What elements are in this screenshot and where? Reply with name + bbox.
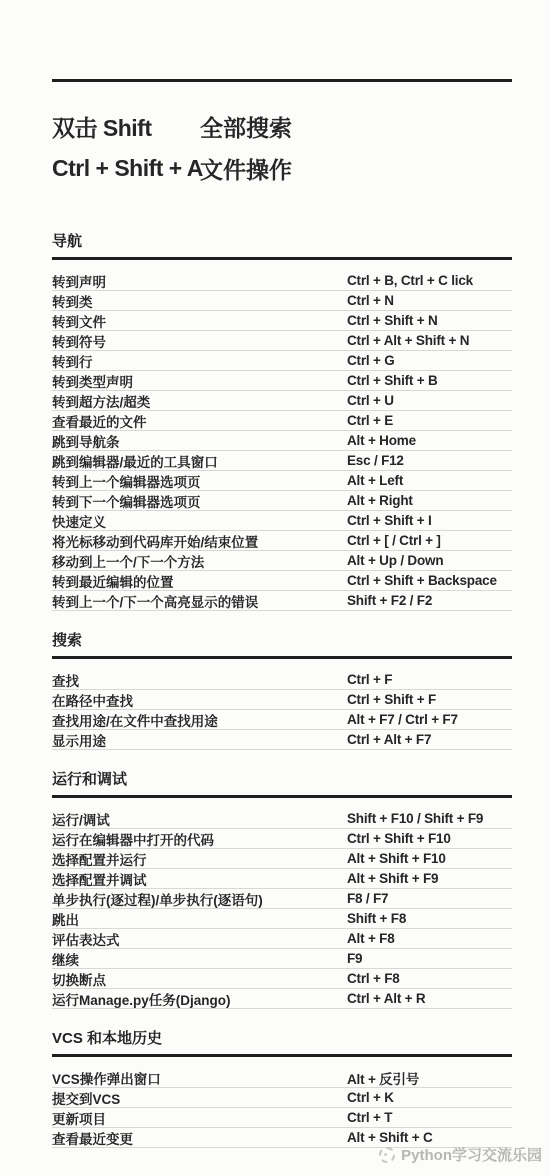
shortcut-row: 评估表达式Alt + F8 [52,929,512,949]
keys-label: Ctrl + U [347,393,512,408]
header-shortcut-keys: Ctrl + Shift + A [52,155,200,182]
action-label: 快速定义 [52,511,347,531]
keys-label: Ctrl + Alt + R [347,991,512,1006]
shortcut-row: 转到超方法/超类Ctrl + U [52,391,512,411]
keys-label: Alt + 反引号 [347,1068,512,1088]
action-label: 继续 [52,949,347,969]
action-label: 查看最近变更 [52,1128,347,1148]
action-label: 查看最近的文件 [52,411,347,431]
action-label: 跳到导航条 [52,431,347,451]
shortcut-row: 在路径中查找Ctrl + Shift + F [52,690,512,710]
shortcut-row: 显示用途Ctrl + Alt + F7 [52,730,512,750]
action-label: 提交到VCS [52,1088,347,1108]
header: 双击 Shift 全部搜索 Ctrl + Shift + A 文件操作 [52,105,512,189]
shortcut-row: 单步执行(逐过程)/单步执行(逐语句)F8 / F7 [52,889,512,909]
keys-label: Ctrl + K [347,1090,512,1105]
shortcut-row: 跳到编辑器/最近的工具窗口Esc / F12 [52,451,512,471]
shortcut-row: 转到上一个编辑器选项页Alt + Left [52,471,512,491]
header-shortcut-action: 文件操作 [200,152,292,185]
header-row: 双击 Shift 全部搜索 [52,105,512,147]
section: 搜索查找Ctrl + F在路径中查找Ctrl + Shift + F查找用途/在… [52,631,512,750]
watermark-text: Python学习交流乐园 [401,1144,542,1165]
section-title: 导航 [52,232,512,251]
keys-label: Alt + F7 / Ctrl + F7 [347,712,512,727]
action-label: 转到上一个编辑器选项页 [52,471,347,491]
header-row: Ctrl + Shift + A 文件操作 [52,147,512,189]
keys-label: Ctrl + N [347,293,512,308]
keys-label: Alt + Shift + C [347,1130,512,1145]
action-label: 转到最近编辑的位置 [52,571,347,591]
action-label: 转到类型声明 [52,371,347,391]
keys-label: Ctrl + F8 [347,971,512,986]
shortcut-row: 快速定义Ctrl + Shift + I [52,511,512,531]
shortcut-row: 切换断点Ctrl + F8 [52,969,512,989]
shortcut-row: 移动到上一个/下一个方法Alt + Up / Down [52,551,512,571]
shortcut-row: 转到符号Ctrl + Alt + Shift + N [52,331,512,351]
action-label: 转到行 [52,351,347,371]
shortcut-row: 运行在编辑器中打开的代码Ctrl + Shift + F10 [52,829,512,849]
action-label: 转到文件 [52,311,347,331]
keys-label: F8 / F7 [347,891,512,906]
section-title: 运行和调试 [52,770,512,789]
action-label: 转到下一个编辑器选项页 [52,491,347,511]
shortcut-table: 转到声明Ctrl + B, Ctrl + C lick转到类Ctrl + N转到… [52,260,512,611]
action-label: 单步执行(逐过程)/单步执行(逐语句) [52,889,347,909]
action-label: 评估表达式 [52,929,347,949]
action-label: 更新项目 [52,1108,347,1128]
action-label: 切换断点 [52,969,347,989]
watermark: Python学习交流乐园 [379,1144,542,1165]
shortcut-row: 选择配置并运行Alt + Shift + F10 [52,849,512,869]
action-label: 运行/调试 [52,809,347,829]
keys-label: Ctrl + [ / Ctrl + ] [347,533,512,548]
shortcut-row: 将光标移动到代码库开始/结束位置Ctrl + [ / Ctrl + ] [52,531,512,551]
keys-label: Ctrl + B, Ctrl + C lick [347,273,512,288]
keys-label: Alt + Home [347,433,512,448]
action-label: 选择配置并调试 [52,869,347,889]
keys-label: Ctrl + G [347,353,512,368]
keys-label: Shift + F2 / F2 [347,593,512,608]
keys-label: Ctrl + Shift + F10 [347,831,512,846]
shortcut-row: 查找用途/在文件中查找用途Alt + F7 / Ctrl + F7 [52,710,512,730]
shortcut-table: 查找Ctrl + F在路径中查找Ctrl + Shift + F查找用途/在文件… [52,659,512,750]
action-label: 显示用途 [52,730,347,750]
keys-label: Ctrl + T [347,1110,512,1125]
shortcut-row: 转到类Ctrl + N [52,291,512,311]
shortcut-row: 转到下一个编辑器选项页Alt + Right [52,491,512,511]
shortcut-row: 跳出Shift + F8 [52,909,512,929]
shortcut-table: 运行/调试Shift + F10 / Shift + F9运行在编辑器中打开的代… [52,798,512,1009]
section: VCS 和本地历史VCS操作弹出窗口Alt + 反引号提交到VCSCtrl + … [52,1029,512,1148]
keys-label: F9 [347,951,512,966]
section: 导航转到声明Ctrl + B, Ctrl + C lick转到类Ctrl + N… [52,232,512,611]
action-label: 转到符号 [52,331,347,351]
keys-label: Ctrl + Shift + B [347,373,512,388]
action-label: 选择配置并运行 [52,849,347,869]
shortcut-row: 运行Manage.py任务(Django)Ctrl + Alt + R [52,989,512,1009]
shortcut-row: 转到上一个/下一个高亮显示的错误Shift + F2 / F2 [52,591,512,611]
keys-label: Ctrl + Alt + Shift + N [347,333,512,348]
action-label: 查找用途/在文件中查找用途 [52,710,347,730]
shortcut-row: 运行/调试Shift + F10 / Shift + F9 [52,809,512,829]
shortcut-row: 转到最近编辑的位置Ctrl + Shift + Backspace [52,571,512,591]
keys-label: Shift + F10 / Shift + F9 [347,811,512,826]
action-label: 查找 [52,670,347,690]
shortcut-row: 查找Ctrl + F [52,670,512,690]
keys-label: Alt + F8 [347,931,512,946]
shortcut-row: 提交到VCSCtrl + K [52,1088,512,1108]
action-label: 在路径中查找 [52,690,347,710]
keys-label: Alt + Shift + F9 [347,871,512,886]
keys-label: Ctrl + Alt + F7 [347,732,512,747]
keys-label: Esc / F12 [347,453,512,468]
shortcut-row: 继续F9 [52,949,512,969]
keys-label: Ctrl + Shift + F [347,692,512,707]
keys-label: Alt + Up / Down [347,553,512,568]
keys-label: Ctrl + Shift + Backspace [347,573,512,588]
action-label: 转到声明 [52,271,347,291]
shortcut-row: 跳到导航条Alt + Home [52,431,512,451]
action-label: 转到上一个/下一个高亮显示的错误 [52,591,347,611]
shortcut-row: 选择配置并调试Alt + Shift + F9 [52,869,512,889]
keys-label: Shift + F8 [347,911,512,926]
keys-label: Ctrl + Shift + I [347,513,512,528]
action-label: 转到超方法/超类 [52,391,347,411]
shortcut-row: 转到行Ctrl + G [52,351,512,371]
keys-label: Ctrl + F [347,672,512,687]
top-divider-rule [52,79,512,82]
header-shortcut-action: 全部搜索 [200,110,292,143]
shortcut-sections: 导航转到声明Ctrl + B, Ctrl + C lick转到类Ctrl + N… [52,232,512,1148]
shortcut-row: VCS操作弹出窗口Alt + 反引号 [52,1068,512,1088]
action-label: 将光标移动到代码库开始/结束位置 [52,531,347,551]
action-label: 移动到上一个/下一个方法 [52,551,347,571]
action-label: VCS操作弹出窗口 [52,1068,347,1088]
action-label: 跳出 [52,909,347,929]
action-label: 运行在编辑器中打开的代码 [52,829,347,849]
action-label: 转到类 [52,291,347,311]
keys-label: Alt + Left [347,473,512,488]
shortcut-row: 转到文件Ctrl + Shift + N [52,311,512,331]
shortcut-table: VCS操作弹出窗口Alt + 反引号提交到VCSCtrl + K更新项目Ctrl… [52,1057,512,1148]
keys-label: Ctrl + E [347,413,512,428]
header-shortcut-keys: 双击 Shift [52,110,200,143]
logo-circle-icon [379,1147,395,1163]
section-title: VCS 和本地历史 [52,1029,512,1048]
shortcut-row: 转到声明Ctrl + B, Ctrl + C lick [52,271,512,291]
shortcut-row: 转到类型声明Ctrl + Shift + B [52,371,512,391]
section: 运行和调试运行/调试Shift + F10 / Shift + F9运行在编辑器… [52,770,512,1009]
action-label: 运行Manage.py任务(Django) [52,989,347,1009]
shortcut-row: 更新项目Ctrl + T [52,1108,512,1128]
action-label: 跳到编辑器/最近的工具窗口 [52,451,347,471]
section-title: 搜索 [52,631,512,650]
keys-label: Alt + Right [347,493,512,508]
shortcut-row: 查看最近的文件Ctrl + E [52,411,512,431]
keys-label: Ctrl + Shift + N [347,313,512,328]
keys-label: Alt + Shift + F10 [347,851,512,866]
